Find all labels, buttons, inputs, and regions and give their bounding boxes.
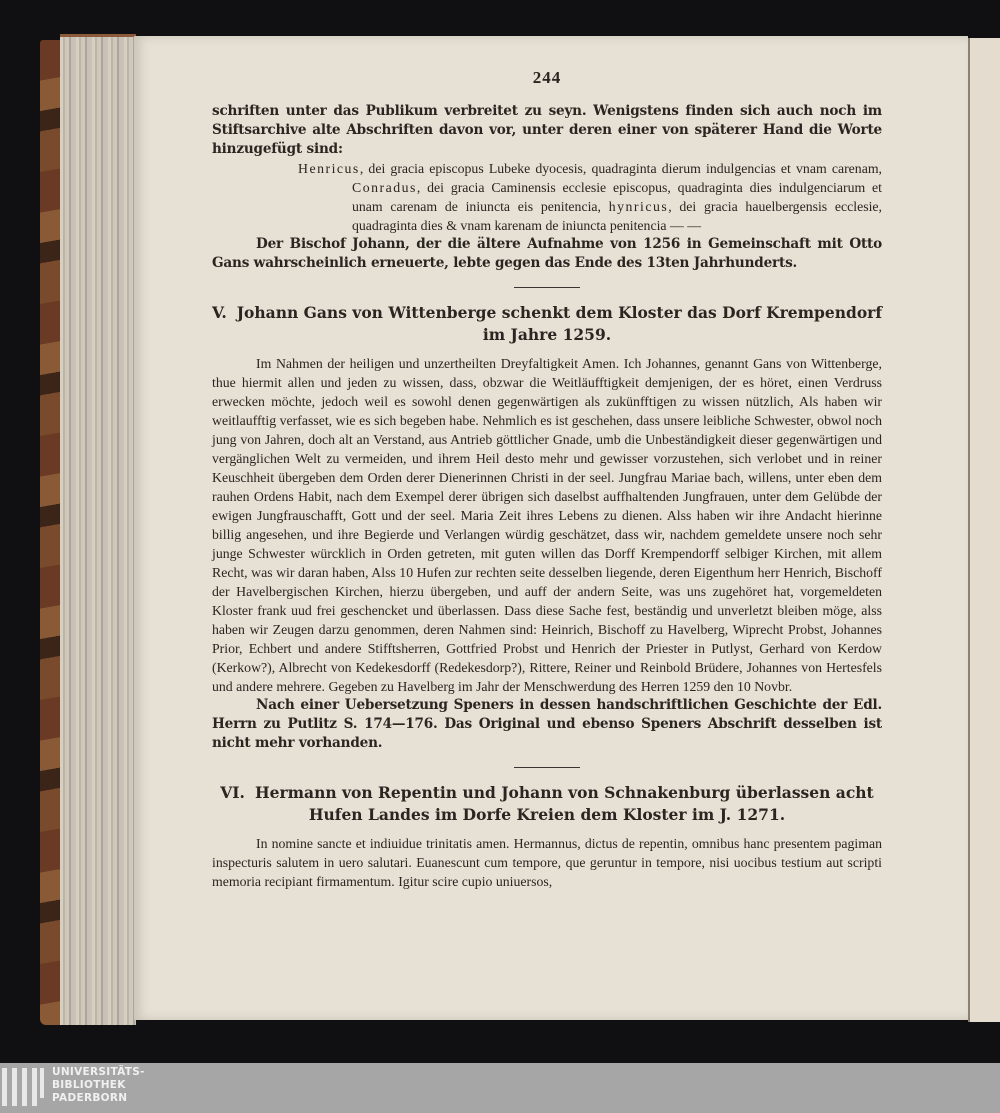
section-v-note: Nach einer Uebersetzung Speners in desse… <box>212 696 882 753</box>
section-vi-title: Hermann von Repentin und Johann von Schn… <box>255 783 874 824</box>
quote-text-1: , dei gracia episcopus Lubeke dyocesis, … <box>360 161 882 176</box>
section-vi-number: VI. <box>220 783 245 802</box>
section-divider <box>514 767 580 768</box>
intro-paragraph: schriften unter das Publikum verbreitet … <box>212 102 882 159</box>
facing-page-edge <box>968 38 1000 1022</box>
page-number: 244 <box>212 68 882 88</box>
section-vi-heading: VI.Hermann von Repentin und Johann von S… <box>212 782 882 826</box>
section-divider <box>514 287 580 288</box>
section-v-title: Johann Gans von Wittenberge schenkt dem … <box>237 303 882 344</box>
quote-name-conradus: Conradus <box>352 180 417 195</box>
section-vi-body: In nomine sancte et indiuidue trinitatis… <box>212 834 882 891</box>
library-logo-text: UNIVERSITÄTS- BIBLIOTHEK PADERBORN <box>52 1066 145 1105</box>
quote-name-henricus: Henricus <box>298 161 360 176</box>
section-v-heading: V.Johann Gans von Wittenberge schenkt de… <box>212 302 882 346</box>
book-cover-edge <box>40 40 62 1025</box>
page-stack-edge <box>60 34 136 1025</box>
section-v-number: V. <box>212 303 227 322</box>
section-v-body: Im Nahmen der heiligen und unzertheilten… <box>212 354 882 696</box>
library-footer: UNIVERSITÄTS- BIBLIOTHEK PADERBORN <box>0 1063 1000 1113</box>
quote-name-hynricus: hynricus <box>609 199 669 214</box>
logo-line-1: UNIVERSITÄTS- <box>52 1066 145 1079</box>
logo-line-2: BIBLIOTHEK <box>52 1079 145 1092</box>
library-logo-icon <box>0 1068 46 1110</box>
latin-quote: Henricus, dei gracia episcopus Lubeke dy… <box>298 159 882 235</box>
closing-paragraph: Der Bischof Johann, der die ältere Aufna… <box>212 235 882 273</box>
logo-line-3: PADERBORN <box>52 1092 145 1105</box>
page-content: 244 schriften unter das Publikum verbrei… <box>212 68 882 891</box>
